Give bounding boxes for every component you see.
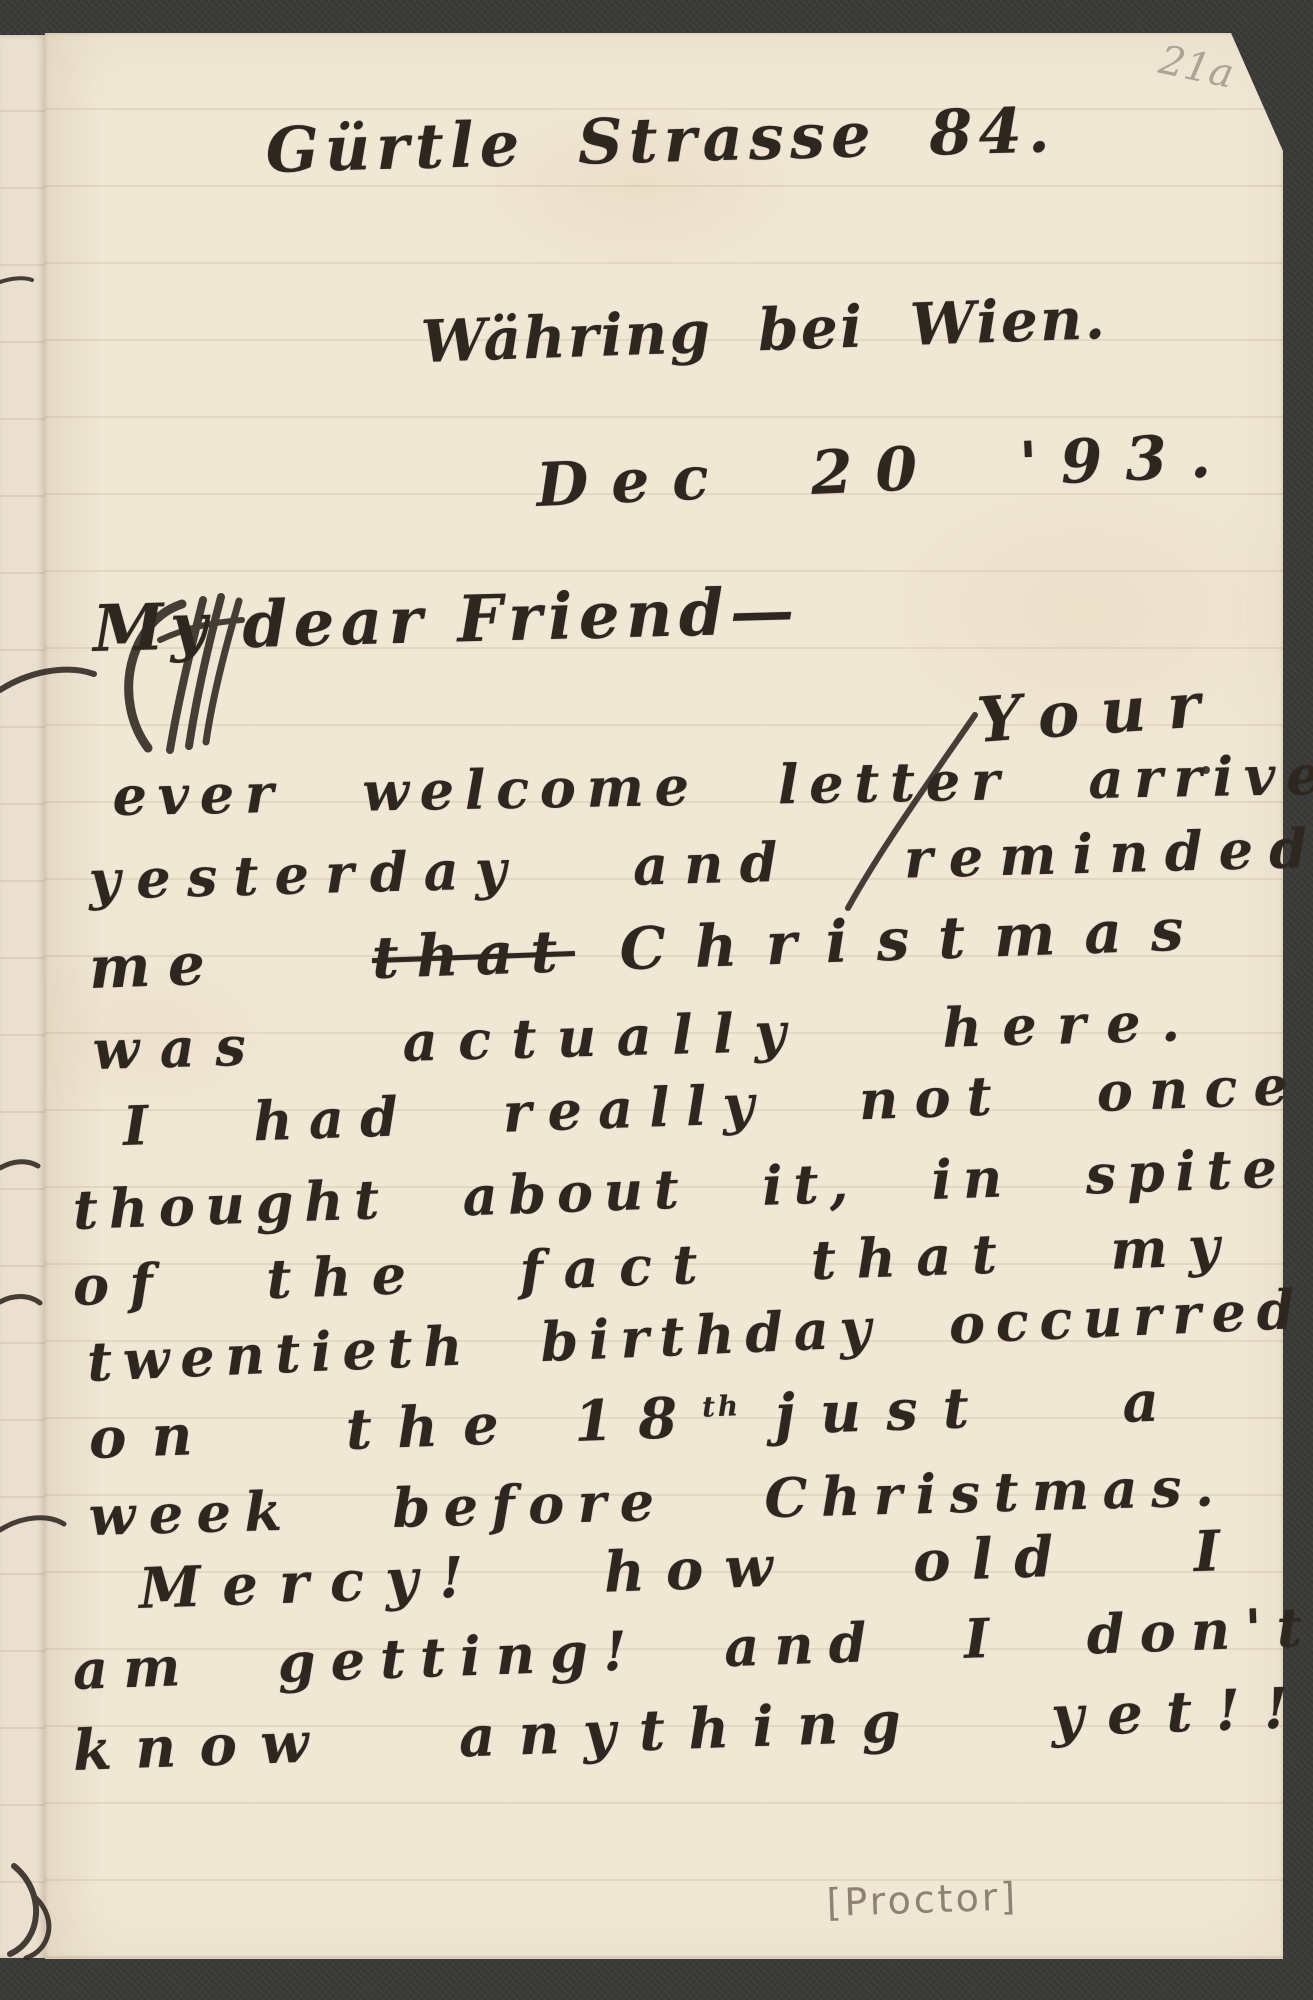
underlying-page-edge bbox=[0, 35, 46, 1958]
pencil-attribution-proctor: [Proctor] bbox=[826, 1877, 1019, 1922]
scanned-letter-photograph: Gürtle Strasse 84. Währing bei Wien. Dec… bbox=[0, 0, 1313, 2000]
blotted-word-my: My bbox=[92, 589, 215, 667]
body-word-your: Your bbox=[975, 671, 1224, 753]
salutation-line: Mydear Friend— bbox=[92, 577, 801, 663]
crossed-out-word: that bbox=[371, 917, 576, 992]
body-line-3-start: me bbox=[88, 929, 223, 1002]
salutation-rest: dear Friend— bbox=[241, 573, 801, 663]
ordinal-suffix: th bbox=[701, 1390, 741, 1424]
birthday-date-number: 18 bbox=[573, 1385, 704, 1455]
